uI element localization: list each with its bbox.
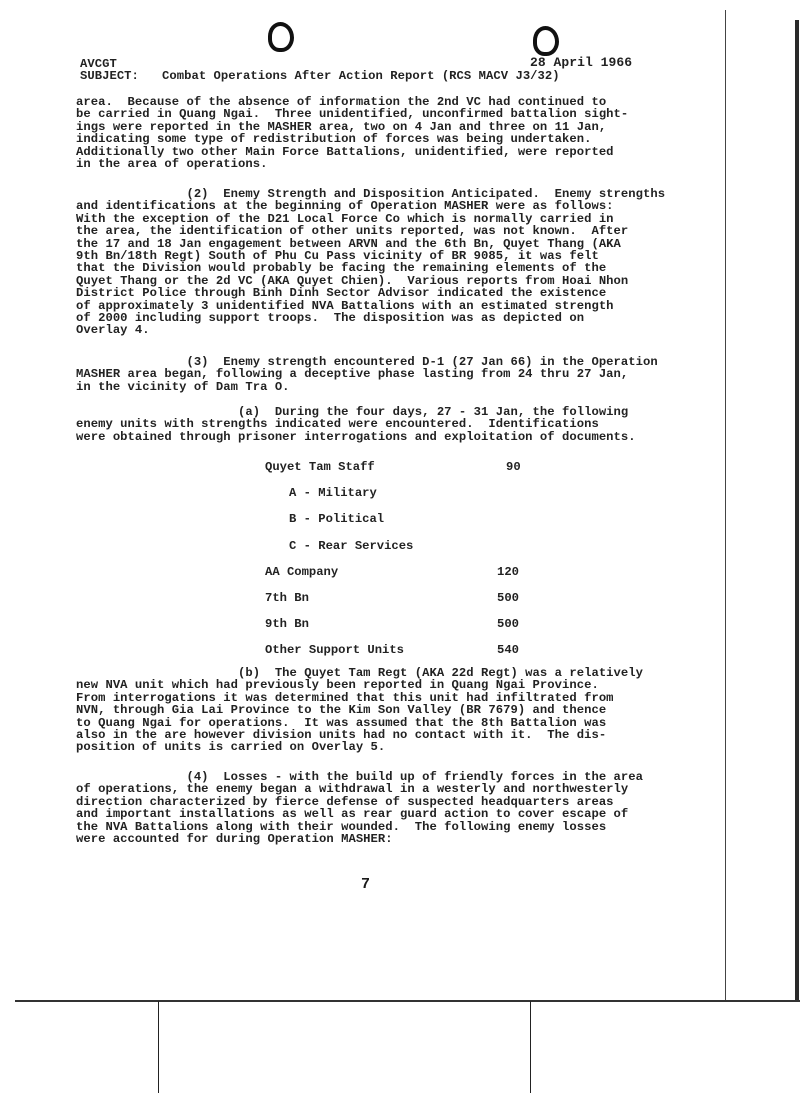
unit-name: A - Military [289, 486, 377, 500]
scan-bottom-edge [15, 1000, 800, 1002]
text-line: Overlay 4. [76, 324, 665, 336]
unit-name: B - Political [289, 512, 384, 526]
text-line: indicating some type of redistribution o… [76, 133, 628, 145]
text-line: District Police through Binh Dinh Sector… [76, 287, 665, 299]
text-line: be carried in Quang Ngai. Three unidenti… [76, 108, 628, 120]
text-line: were accounted for during Operation MASH… [76, 833, 643, 845]
unit-name: Quyet Tam Staff [265, 460, 375, 474]
unit-strength: 500 [497, 617, 519, 631]
unit-name: Other Support Units [265, 643, 404, 657]
scan-page-edge [795, 20, 799, 1000]
text-line: enemy units with strengths indicated wer… [76, 418, 636, 430]
page-number: 7 [361, 876, 370, 893]
text-line: position of units is carried on Overlay … [76, 741, 643, 753]
unit-name: C - Rear Services [289, 539, 413, 553]
text-line: were obtained through prisoner interroga… [76, 431, 636, 443]
scan-fold-line-left [158, 1001, 159, 1093]
paragraph-2-enemy-strength-anticipated: (2) Enemy Strength and Disposition Antic… [76, 188, 665, 337]
text-line: and identifications at the beginning of … [76, 200, 665, 212]
unit-strength: 120 [497, 565, 519, 579]
text-line: that the Division would probably be faci… [76, 262, 665, 274]
paragraph-3a-units-encountered: (a) During the four days, 27 - 31 Jan, t… [76, 406, 636, 443]
subject-text: Combat Operations After Action Report (R… [162, 70, 560, 82]
punch-hole-left [268, 22, 294, 52]
paragraph-3-enemy-strength-encountered: (3) Enemy strength encountered D-1 (27 J… [76, 356, 658, 393]
text-line: in the vicinity of Dam Tra O. [76, 381, 658, 393]
unit-name: 7th Bn [265, 591, 309, 605]
scan-fold-line-right [530, 1001, 531, 1093]
unit-strength: 500 [497, 591, 519, 605]
scan-margin-line [725, 10, 726, 1000]
text-line: NVN, through Gia Lai Province to the Kim… [76, 704, 643, 716]
paragraph-intro: area. Because of the absence of informat… [76, 96, 628, 170]
text-line: MASHER area began, following a deceptive… [76, 368, 658, 380]
paragraph-3b-quyet-tam-regt: (b) The Quyet Tam Regt (AKA 22d Regt) wa… [76, 667, 643, 754]
unit-name: AA Company [265, 565, 338, 579]
document-page: AVCGT 28 April 1966 SUBJECT: Combat Oper… [0, 0, 803, 1093]
document-date: 28 April 1966 [530, 57, 632, 69]
unit-name: 9th Bn [265, 617, 309, 631]
text-line: in the area of operations. [76, 158, 628, 170]
text-line: new NVA unit which had previously been r… [76, 679, 643, 691]
subject-label: SUBJECT: [80, 70, 139, 82]
text-line: and important installations as well as r… [76, 808, 643, 820]
text-line: the area, the identification of other un… [76, 225, 665, 237]
unit-strength: 540 [497, 643, 519, 657]
punch-hole-right [533, 26, 559, 56]
text-line: of 2000 including support troops. The di… [76, 312, 665, 324]
unit-strength: 90 [506, 460, 521, 474]
paragraph-4-losses: (4) Losses - with the build up of friend… [76, 771, 643, 845]
text-line: of operations, the enemy began a withdra… [76, 783, 643, 795]
